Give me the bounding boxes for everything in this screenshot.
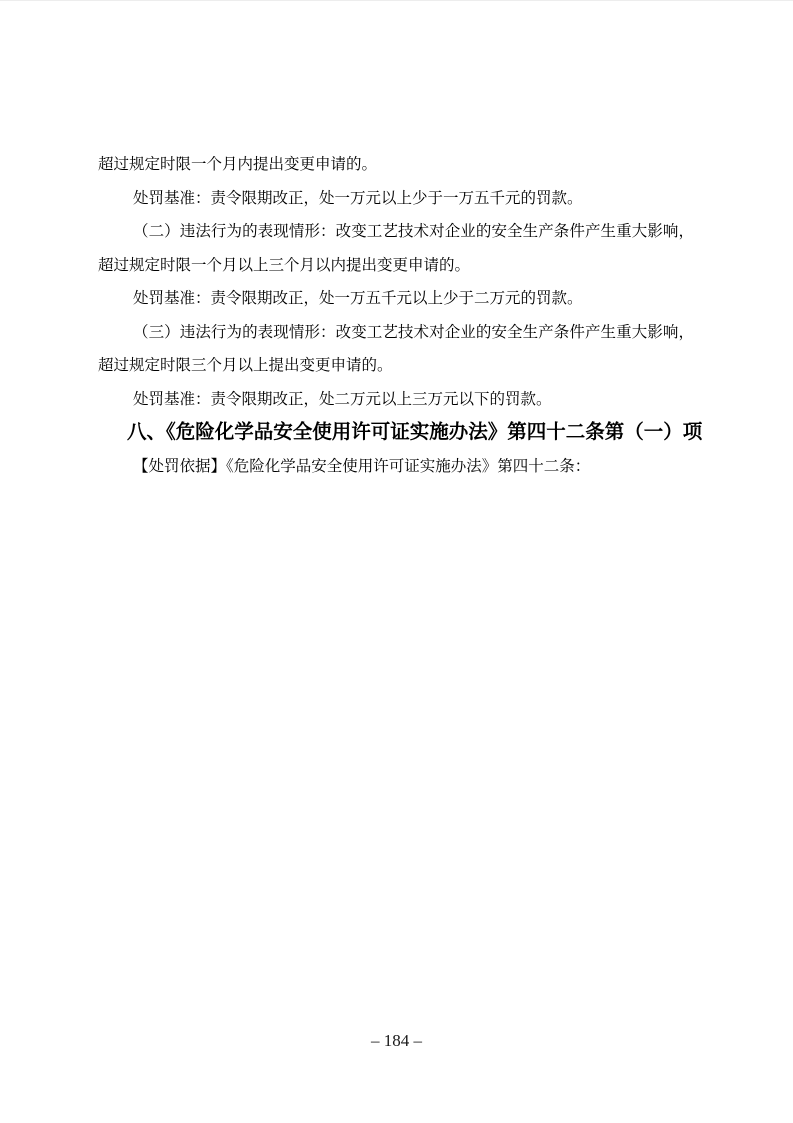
paragraph: 超过规定时限一个月内提出变更申请的。	[98, 148, 694, 182]
paragraph: （二）违法行为的表现情形：改变工艺技术对企业的安全生产条件产生重大影响，超过规定…	[98, 215, 694, 282]
paragraph: （三）违法行为的表现情形：改变工艺技术对企业的安全生产条件产生重大影响，超过规定…	[98, 316, 694, 383]
paragraph: 【处罚依据】《危险化学品安全使用许可证实施办法》第四十二条：	[98, 450, 694, 484]
document-page: 超过规定时限一个月内提出变更申请的。处罚基准：责令限期改正，处一万元以上少于一万…	[0, 0, 793, 1123]
document-body: 超过规定时限一个月内提出变更申请的。处罚基准：责令限期改正，处一万元以上少于一万…	[98, 148, 694, 483]
paragraph: 处罚基准：责令限期改正，处一万五千元以上少于二万元的罚款。	[98, 282, 694, 316]
paragraph: 处罚基准：责令限期改正，处一万元以上少于一万五千元的罚款。	[98, 182, 694, 216]
section-heading: 八、《危险化学品安全使用许可证实施办法》第四十二条第（一）项	[98, 416, 694, 450]
paragraph: 处罚基准：责令限期改正，处二万元以上三万元以下的罚款。	[98, 383, 694, 417]
page-number: – 184 –	[0, 1030, 793, 1052]
